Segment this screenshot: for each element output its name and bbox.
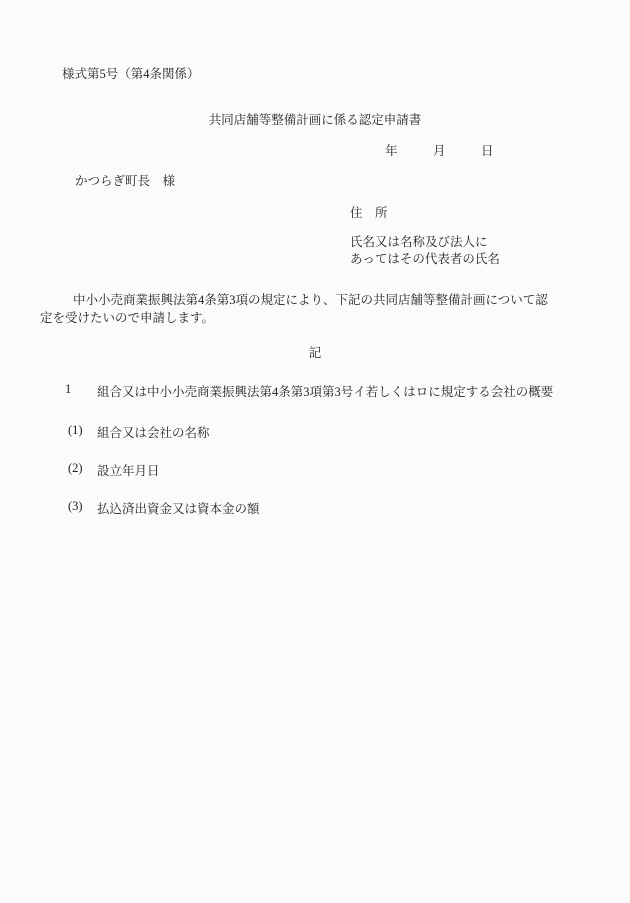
name-field-label-line-2: あってはその代表者の氏名 bbox=[350, 251, 500, 268]
sub-item-2: (2) 設立年月日 bbox=[68, 461, 160, 479]
sub-item-1-text: 組合又は会社の名称 bbox=[97, 423, 210, 441]
document-title: 共同店舗等整備計画に係る認定申請書 bbox=[0, 110, 630, 128]
document-page: 様式第5号（第4条関係） 共同店舗等整備計画に係る認定申請書 年 月 日 かつら… bbox=[0, 0, 630, 903]
sub-item-2-number: (2) bbox=[68, 461, 85, 476]
sub-item-3-number: (3) bbox=[68, 499, 85, 514]
name-field-label: 氏名又は名称及び法人に あってはその代表者の氏名 bbox=[350, 234, 500, 267]
ki-heading: 記 bbox=[0, 343, 630, 361]
sub-item-1-number: (1) bbox=[68, 423, 85, 438]
form-number: 様式第5号（第4条関係） bbox=[62, 64, 200, 82]
item-1: 1 組合又は中小小売商業振興法第4条第3項第3号イ若しくはロに規定する会社の概要 bbox=[65, 382, 553, 400]
body-paragraph: 中小小売商業振興法第4条第3項の規定により、下記の共同店舗等整備計画について認 … bbox=[40, 292, 588, 327]
address-field-label: 住 所 bbox=[350, 203, 388, 221]
date-month-label: 月 bbox=[433, 141, 446, 159]
addressee-line: かつらぎ町長 様 bbox=[75, 171, 175, 189]
sub-item-2-text: 設立年月日 bbox=[97, 461, 160, 479]
date-day-label: 日 bbox=[481, 141, 494, 159]
sub-item-1: (1) 組合又は会社の名称 bbox=[68, 423, 210, 441]
body-paragraph-line-1: 中小小売商業振興法第4条第3項の規定により、下記の共同店舗等整備計画について認 bbox=[40, 292, 588, 310]
body-paragraph-line-2: 定を受けたいので申請します。 bbox=[40, 310, 588, 328]
name-field-label-line-1: 氏名又は名称及び法人に bbox=[350, 234, 500, 251]
date-year-label: 年 bbox=[385, 141, 398, 159]
sub-item-3: (3) 払込済出資金又は資本金の額 bbox=[68, 499, 260, 517]
item-1-text: 組合又は中小小売商業振興法第4条第3項第3号イ若しくはロに規定する会社の概要 bbox=[97, 382, 553, 400]
item-1-number: 1 bbox=[65, 382, 97, 397]
sub-item-3-text: 払込済出資金又は資本金の額 bbox=[97, 499, 260, 517]
